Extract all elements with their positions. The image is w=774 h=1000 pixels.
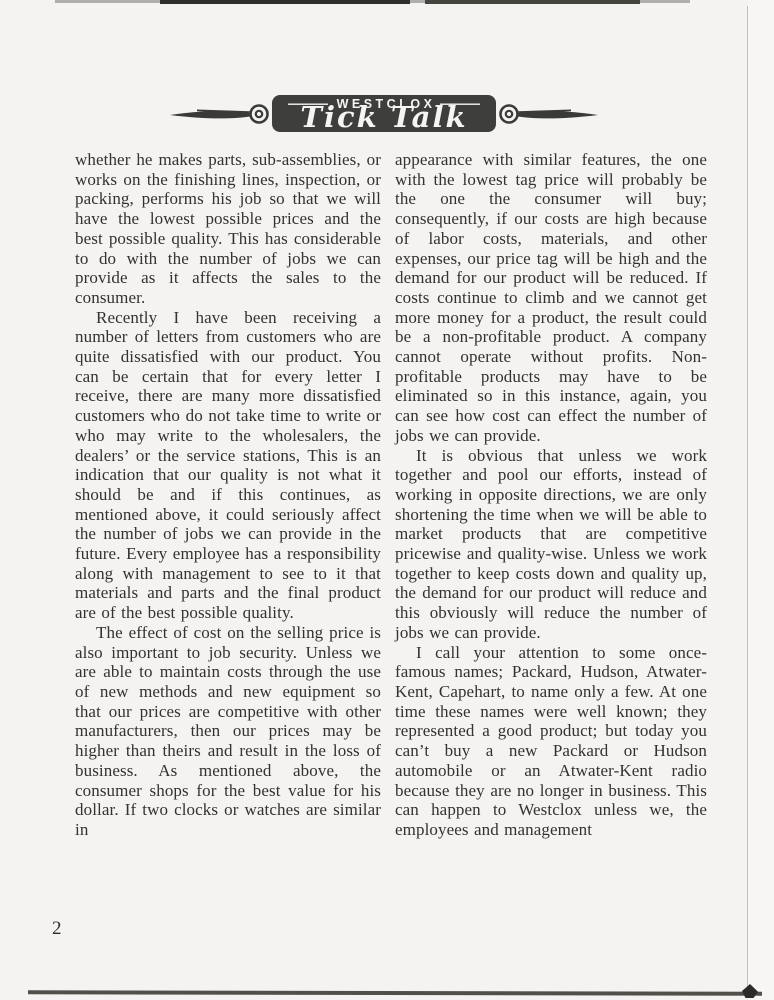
paragraph: The effect of cost on the selling price … — [75, 623, 381, 840]
right-spear-icon — [518, 110, 598, 119]
logo-title-text: Tick Talk — [300, 100, 467, 134]
scan-artifact-top-strip — [160, 0, 410, 4]
scan-artifact-bottom-strip — [28, 990, 762, 996]
paragraph: appearance with similar features, the on… — [395, 150, 707, 446]
right-ring-icon — [501, 106, 518, 123]
paragraph: I call your attention to some once-famou… — [395, 643, 707, 840]
column-right: appearance with similar features, the on… — [395, 150, 707, 840]
scan-page-edge-line — [747, 6, 748, 988]
paragraph: whether he makes parts, sub-assemblies, … — [75, 150, 381, 308]
scanned-page: WESTCLOX Tick Talk whether he makes part… — [0, 0, 774, 1000]
scan-artifact-top-strip — [425, 0, 640, 4]
paragraph: It is obvious that unless we work togeth… — [395, 446, 707, 643]
article-body: whether he makes parts, sub-assemblies, … — [75, 150, 707, 840]
tick-talk-masthead: WESTCLOX Tick Talk — [0, 82, 774, 142]
left-ring-icon — [251, 106, 268, 123]
page-number: 2 — [52, 918, 62, 940]
left-spear-icon — [170, 110, 250, 119]
paragraph: Recently I have been receiving a number … — [75, 308, 381, 623]
column-left: whether he makes parts, sub-assemblies, … — [75, 150, 381, 840]
scan-page-edge — [748, 0, 774, 1000]
